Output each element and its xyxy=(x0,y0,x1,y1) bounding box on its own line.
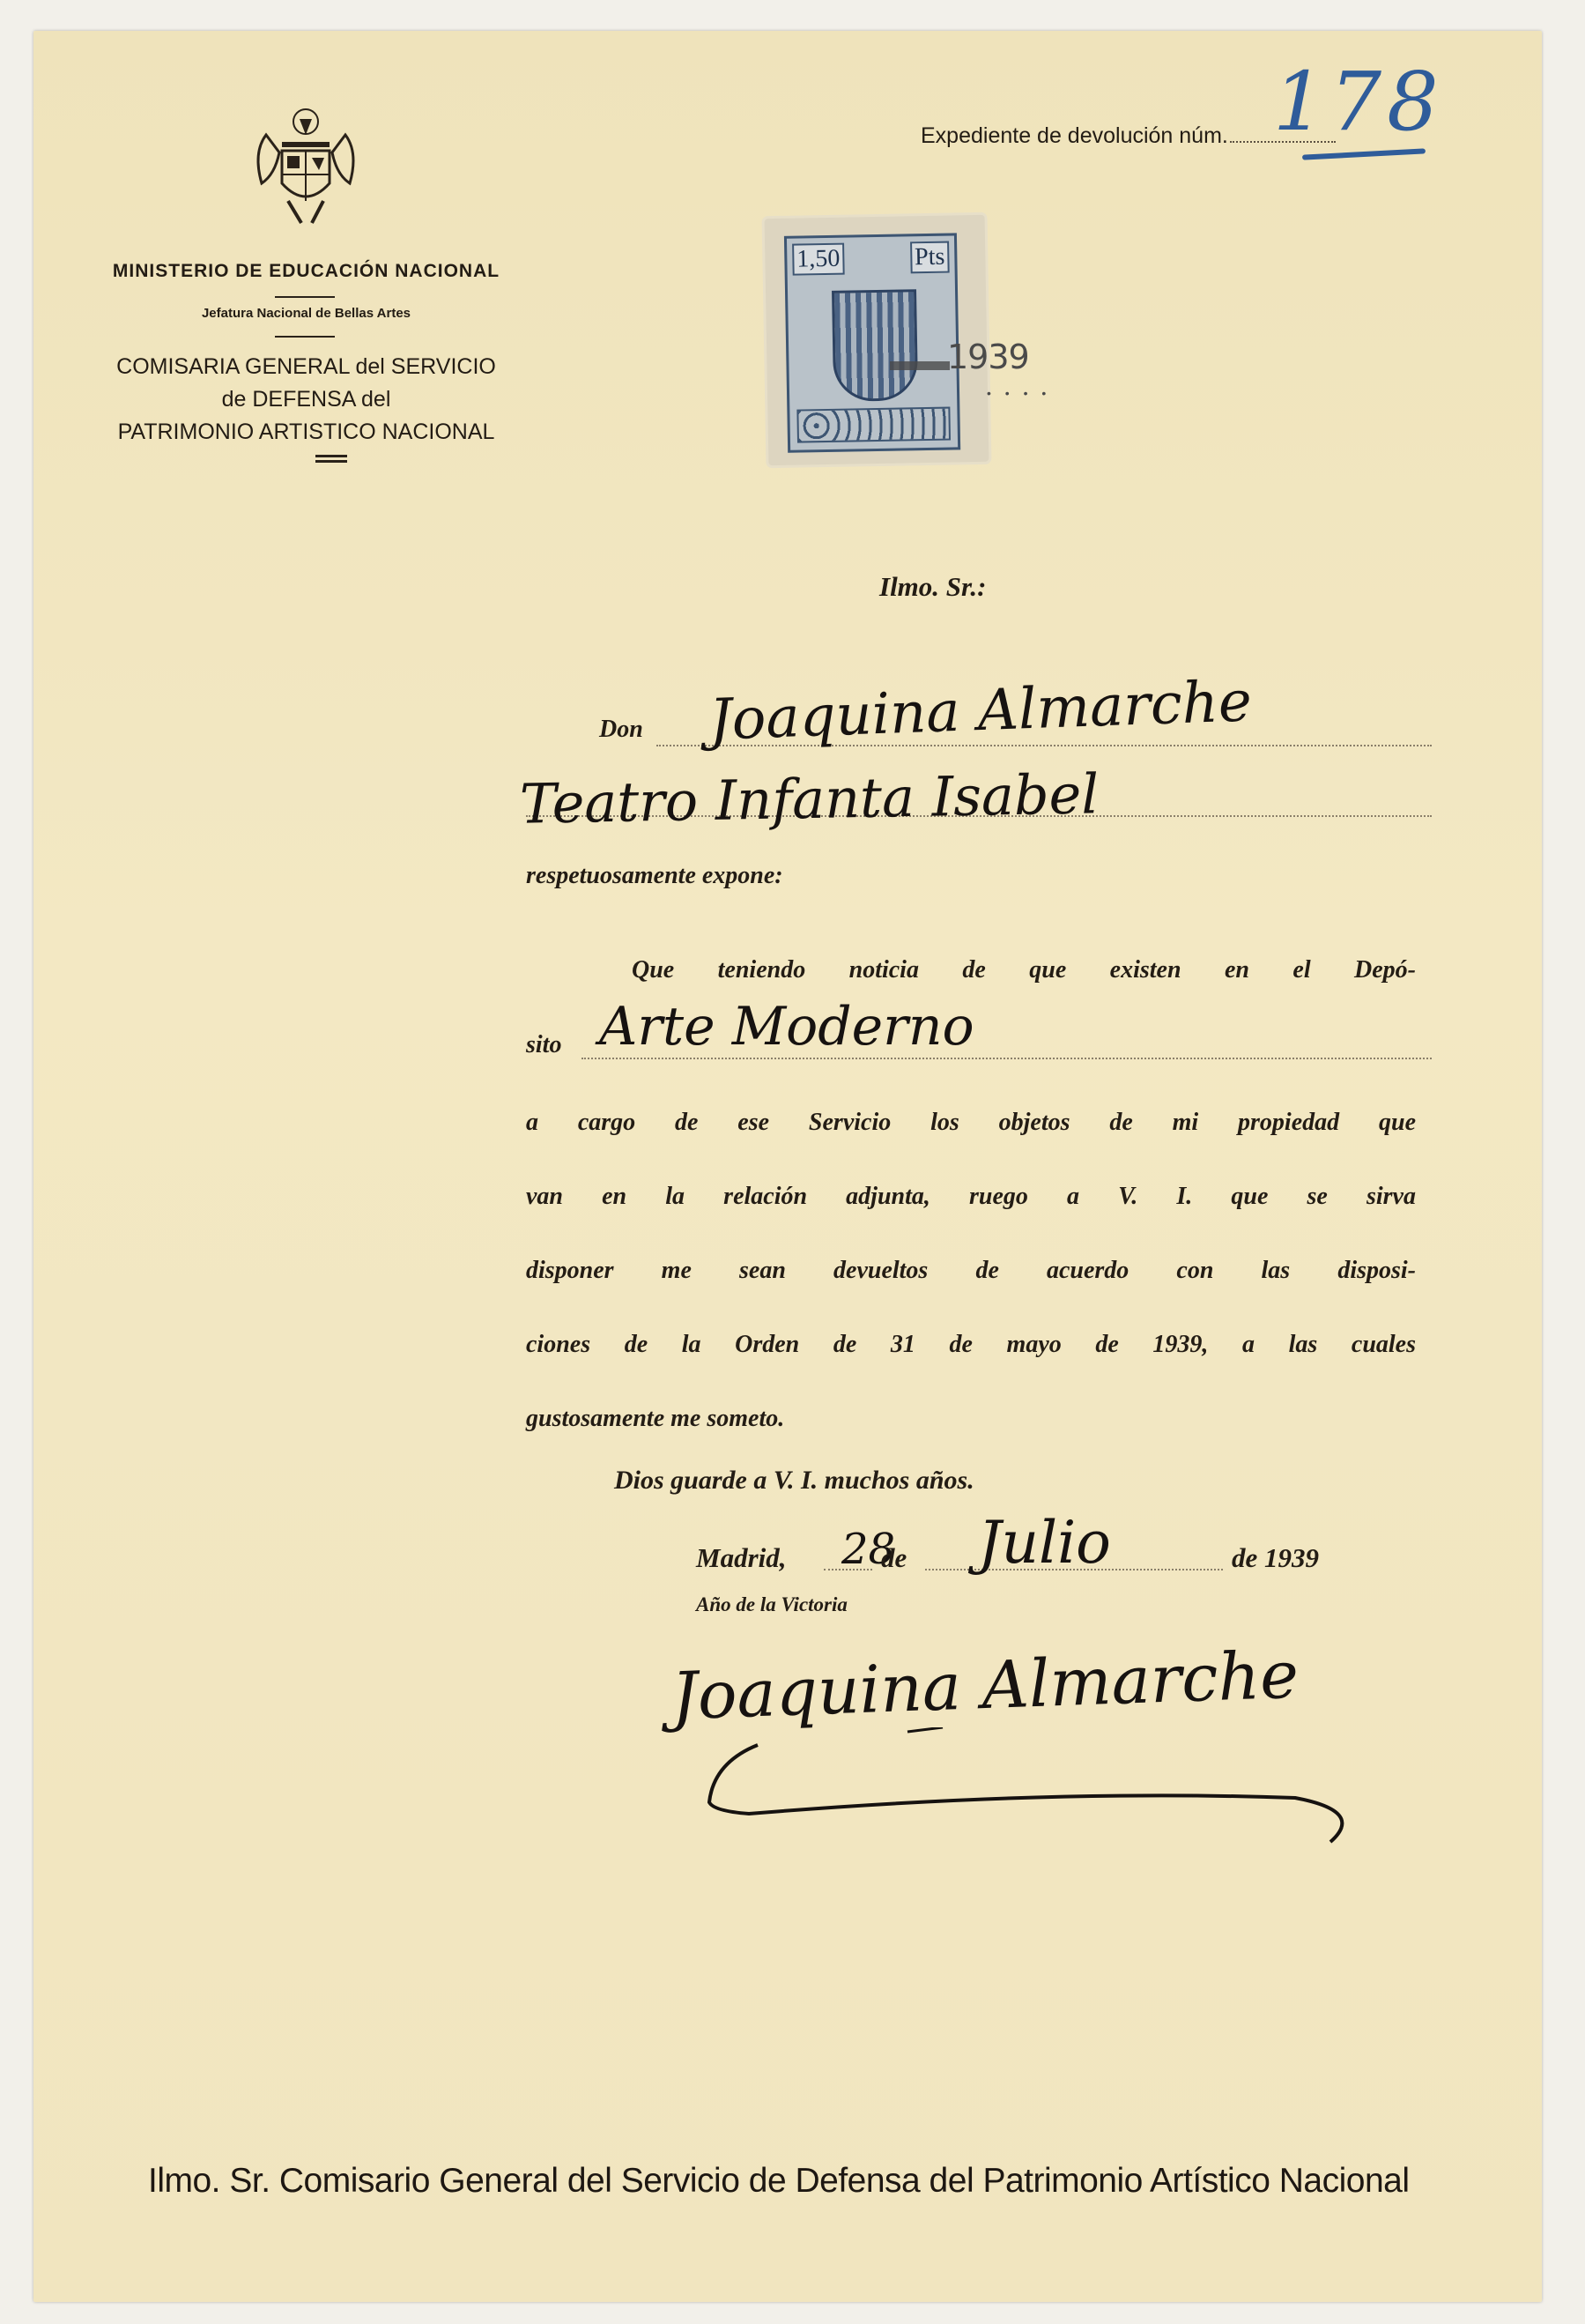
ornament-band xyxy=(796,407,951,443)
handwritten-address: Teatro Infanta Isabel xyxy=(519,761,1099,835)
handwritten-deposito: Arte Moderno xyxy=(599,996,974,1058)
double-rule xyxy=(315,455,347,465)
ministry-name: MINISTERIO DE EDUCACIÓN NACIONAL xyxy=(79,261,533,282)
handwritten-month: Julio xyxy=(978,1509,1111,1577)
postmark-dots: • • • • xyxy=(987,386,1051,400)
paragraph-line: sito xyxy=(526,1031,561,1059)
postmark-bar xyxy=(890,361,950,370)
signature-flourish xyxy=(696,1727,1489,1851)
paragraph-line: disponer me sean devueltos de acuerdo co… xyxy=(526,1257,1416,1285)
coat-of-arms-icon xyxy=(248,100,363,232)
expone-label: respetuosamente expone: xyxy=(526,862,783,890)
shield-icon xyxy=(832,289,918,402)
paragraph-line: a cargo de ese Servicio los objetos de m… xyxy=(526,1109,1416,1137)
paragraph-line: Que teniendo noticia de que existen en e… xyxy=(526,956,1416,984)
era-note: Año de la Victoria xyxy=(696,1593,848,1616)
stamp-value: 1,50 xyxy=(792,243,845,276)
salutation: Ilmo. Sr.: xyxy=(879,571,986,603)
date-place: Madrid, xyxy=(696,1542,787,1574)
date-de: de xyxy=(881,1542,907,1574)
stamp-face: 1,50 Pts xyxy=(784,233,960,452)
addressee-footer: Ilmo. Sr. Comisario General del Servicio… xyxy=(148,2162,1409,2201)
jefatura-name: Jefatura Nacional de Bellas Artes xyxy=(79,306,533,321)
don-label: Don xyxy=(599,716,643,744)
closing-formula: Dios guarde a V. I. muchos años. xyxy=(614,1466,974,1496)
paragraph-line: gustosamente me someto. xyxy=(526,1405,1416,1433)
stamp-unit: Pts xyxy=(910,241,950,274)
divider xyxy=(275,296,335,298)
paragraph-line: van en la relación adjunta, ruego a V. I… xyxy=(526,1183,1416,1211)
divider xyxy=(275,336,335,338)
comisaria-name: COMISARIA GENERAL del SERVICIO de DEFENS… xyxy=(79,351,533,449)
deposito-field-line xyxy=(581,1058,1432,1059)
date-year: de 1939 xyxy=(1232,1542,1319,1574)
expediente-number: 178 xyxy=(1273,55,1444,149)
postmark-year: 1939 xyxy=(947,338,1029,376)
paragraph-line: ciones de la Orden de 31 de mayo de 1939… xyxy=(526,1331,1416,1359)
